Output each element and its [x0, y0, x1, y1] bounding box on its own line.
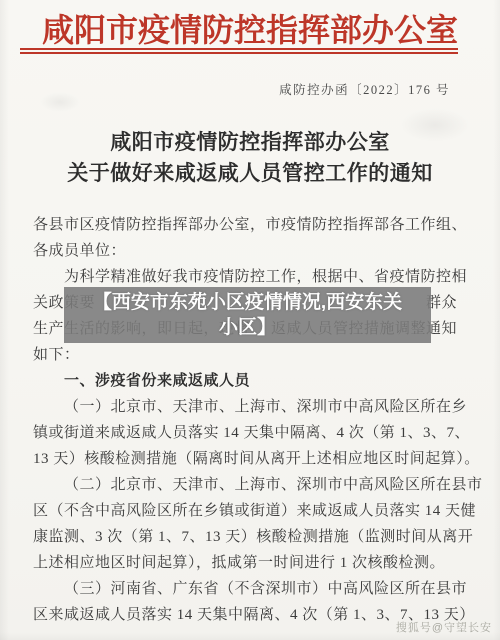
document-number: 咸防控办函〔2022〕176 号 — [279, 80, 450, 98]
body-line: 各成员单位： — [33, 238, 457, 264]
body-line: 13 天）核酸检测措施（隔离时间从离开上述相应地区时间起算）。 — [33, 446, 457, 472]
scan-smudge — [40, 92, 80, 112]
caption-overlay: 【西安市东苑小区疫情情况,西安东关 小区】 — [64, 287, 431, 343]
agency-header: 咸阳市疫情防控指挥部办公室 — [0, 5, 500, 51]
body-line: 上述相应地区时间起算），抵咸第一时间进行 1 次核酸检测。 — [33, 550, 457, 576]
header-double-rule — [20, 48, 458, 54]
body-line: 区来咸返咸人员落实 14 天集中隔离、4 次（第 1、3、7、13 天） — [33, 602, 457, 628]
notice-title-line2: 关于做好来咸返咸人员管控工作的通知 — [0, 158, 500, 189]
notice-title-line1: 咸阳市疫情防控指挥部办公室 — [0, 127, 500, 158]
body-line: 各县市区疫情防控指挥部办公室，市疫情防控指挥部各工作组、 — [33, 212, 457, 238]
body-line: 区（不含中高风险区所在乡镇或街道）来咸返咸人员落实 14 天健 — [33, 498, 457, 524]
body-line: 康监测、3 次（第 1、7、13 天）核酸检测措施（监测时间从离开 — [33, 524, 457, 550]
body-line: 如下： — [33, 342, 457, 368]
notice-title: 咸阳市疫情防控指挥部办公室 关于做好来咸返咸人员管控工作的通知 — [0, 127, 500, 189]
caption-line2: 小区】 — [219, 315, 276, 340]
watermark-credit: 搜狐号@守望长安 — [396, 619, 492, 635]
section-heading: 一、涉疫省份来咸返咸人员 — [33, 368, 457, 394]
body-line: （三）河南省、广东省（不含深圳市）中高风险区所在县市 — [33, 576, 457, 602]
body-line: （二）北京市、天津市、上海市、深圳市中高风险区所在县市 — [33, 472, 457, 498]
scanned-document-page: 咸阳市疫情防控指挥部办公室 咸防控办函〔2022〕176 号 咸阳市疫情防控指挥… — [0, 0, 500, 640]
caption-line1: 【西安市东苑小区疫情情况,西安东关 — [93, 290, 402, 315]
body-line: （一）北京市、天津市、上海市、深圳市中高风险区所在乡 — [33, 394, 457, 420]
notice-body: 各县市区疫情防控指挥部办公室，市疫情防控指挥部各工作组、 各成员单位： 为科学精… — [33, 212, 457, 628]
body-line: 镇或街道来咸返咸人员落实 14 天集中隔离、4 次（第 1、3、7、 — [33, 420, 457, 446]
